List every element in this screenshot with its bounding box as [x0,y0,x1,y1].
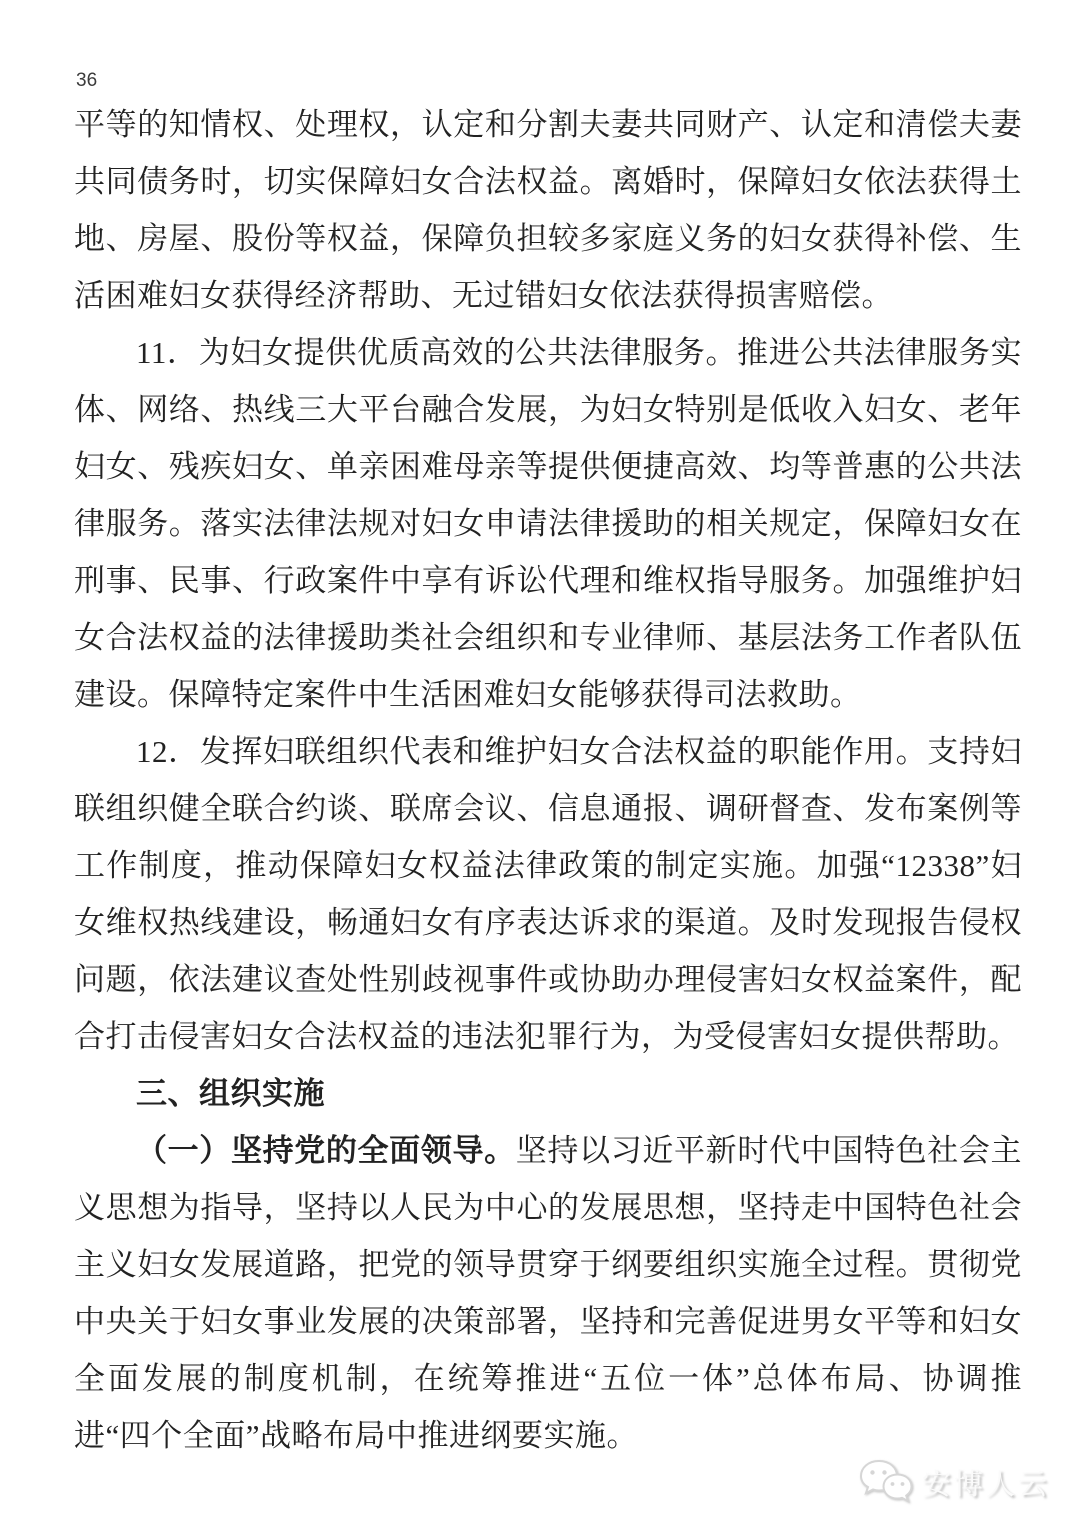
watermark-label: 安博人云 [922,1462,1050,1503]
paragraph-marriage-rights: 平等的知情权、处理权，认定和分割夫妻共同财产、认定和清偿夫妻共同债务时，切实保障… [74,96,1022,324]
section-heading-implementation: 三、组织实施 [74,1065,1022,1122]
paragraph-item-12: 12．发挥妇联组织代表和维护妇女合法权益的职能作用。支持妇联组织健全联合约谈、联… [74,723,1022,1065]
document-body: 平等的知情权、处理权，认定和分割夫妻共同财产、认定和清偿夫妻共同债务时，切实保障… [74,96,1022,1464]
paragraph-party-leadership: （一）坚持党的全面领导。坚持以习近平新时代中国特色社会主义思想为指导，坚持以人民… [74,1122,1022,1464]
wechat-icon [858,1457,914,1507]
paragraph-item-11: 11．为妇女提供优质高效的公共法律服务。推进公共法律服务实体、网络、热线三大平台… [74,324,1022,723]
paragraph-lead-rest: 坚持以习近平新时代中国特色社会主义思想为指导，坚持以人民为中心的发展思想，坚持走… [74,1133,1022,1453]
paragraph-lead-bold: （一）坚持党的全面领导。 [136,1133,516,1168]
watermark: 安博人云 [858,1457,1050,1507]
page-number: 36 [76,70,97,92]
